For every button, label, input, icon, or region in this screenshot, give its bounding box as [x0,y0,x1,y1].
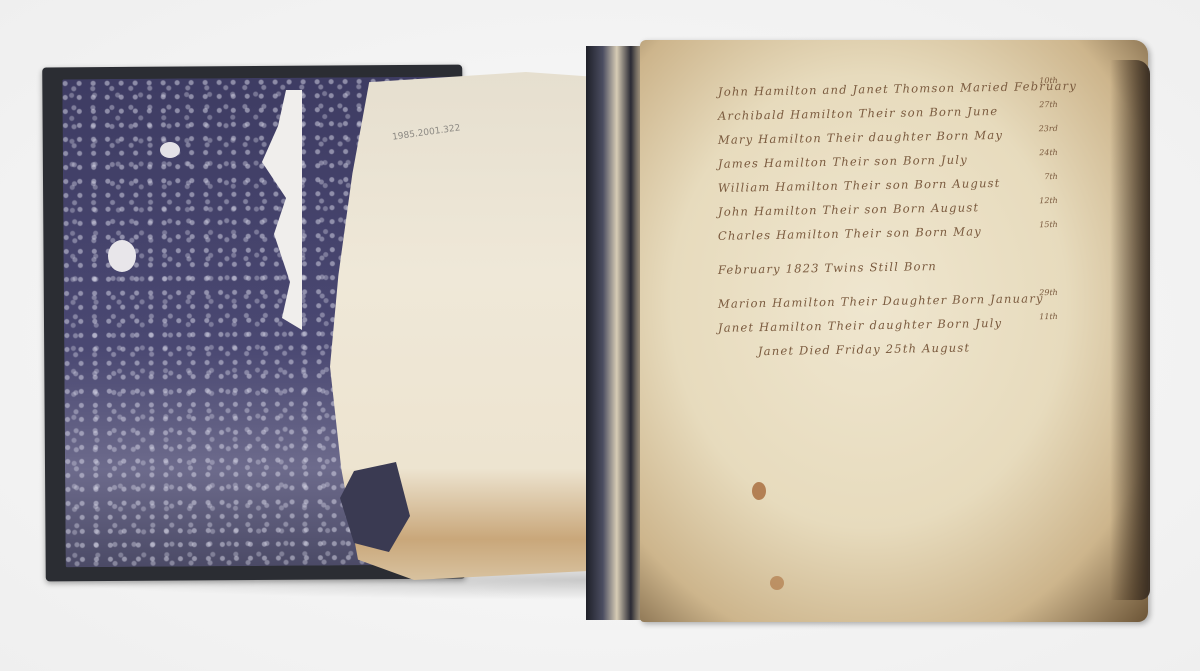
page-stain [770,576,784,590]
cover-wear-spot [108,240,136,272]
page-stain [752,482,766,500]
record-entry: Janet Died Friday 25th August [718,339,1048,369]
cover-wear-spot [160,142,180,158]
record-entry: Charles Hamilton Their son Born May15th [718,223,1048,253]
page-edge-darkening [1110,60,1150,600]
record-entry: February 1823 Twins Still Born [718,257,1048,287]
handwritten-entries: John Hamilton and Janet Thomson Maried F… [718,82,1048,366]
book-spine [586,46,642,620]
